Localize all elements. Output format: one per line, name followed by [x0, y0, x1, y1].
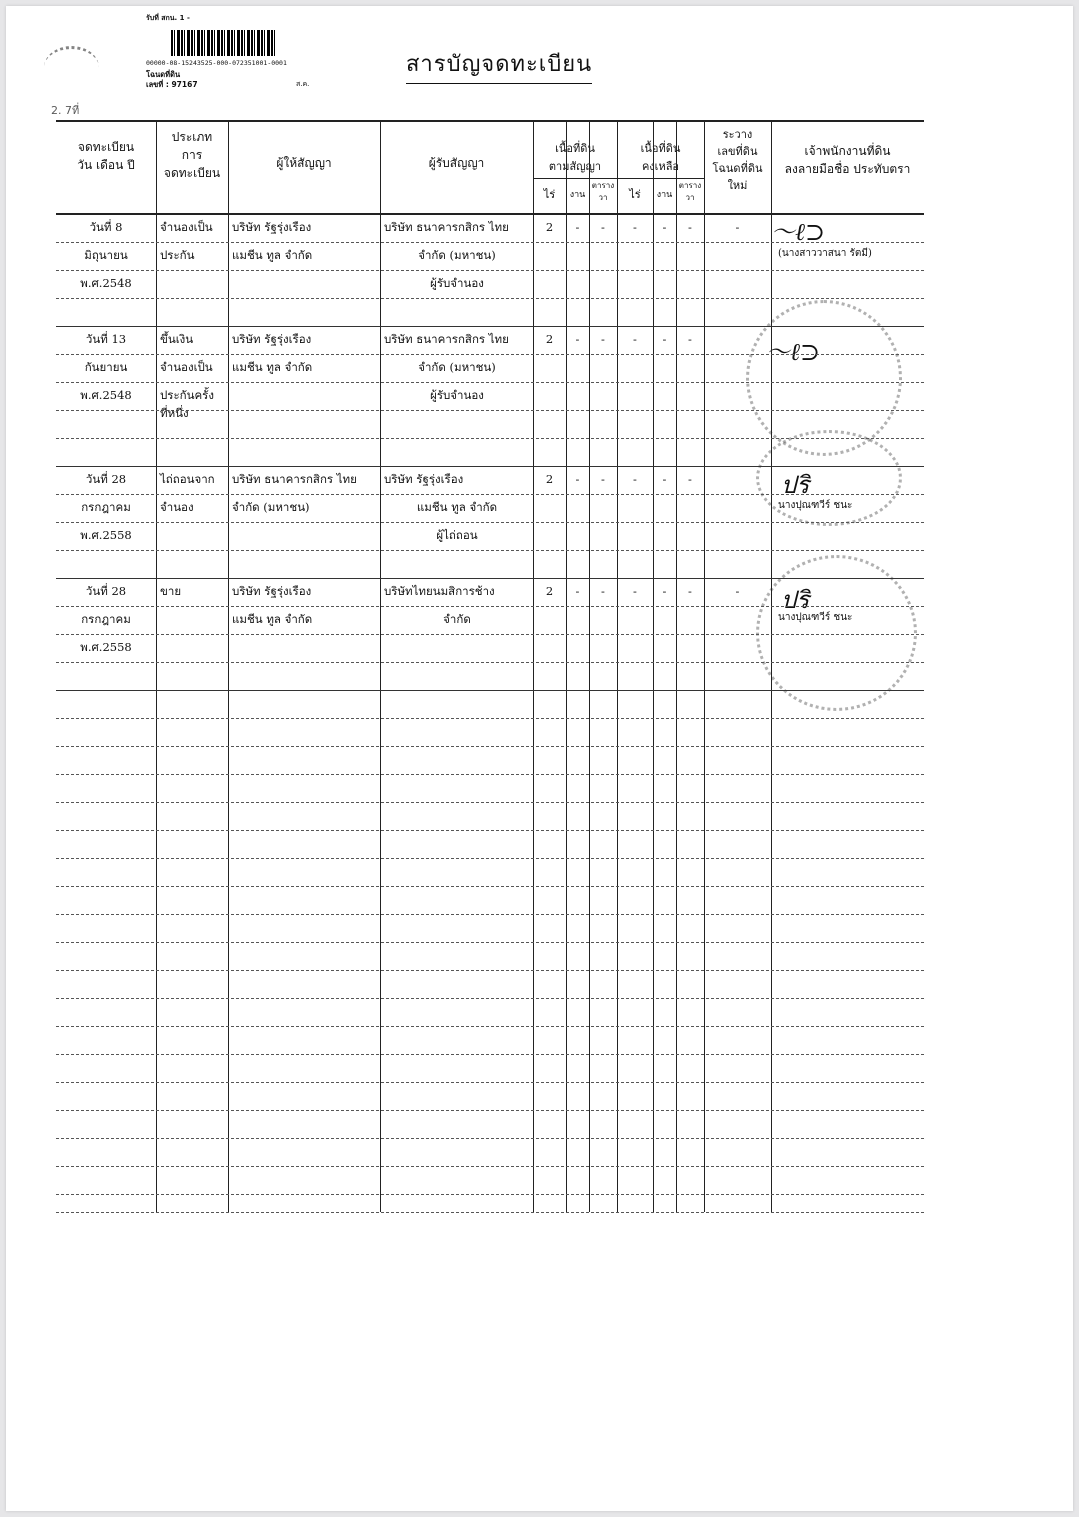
ruled-row-line	[56, 746, 924, 747]
ruled-row-line	[56, 522, 924, 523]
header-grantor: ผู้ให้สัญญา	[228, 154, 380, 172]
entry-date: พ.ศ.2548	[60, 276, 152, 290]
entry-type: จำนองเป็น	[160, 360, 226, 374]
entry-grantee: บริษัท ธนาคารกสิกร ไทย	[384, 332, 530, 346]
registration-table: จดทะเบียน วัน เดือน ปี ประเภท การ จดทะเบ…	[56, 120, 924, 1212]
column-rule	[676, 120, 677, 1212]
entry-type: ประกันครั้ง	[160, 388, 226, 402]
corner-note: 2. 7ที่	[51, 101, 79, 119]
header-grantee: ผู้รับสัญญา	[380, 154, 533, 172]
entry-grantor: แมชีน ทูล จำกัด	[232, 612, 378, 626]
header-date-line1: จดทะเบียน	[56, 138, 156, 156]
entry-date: พ.ศ.2558	[60, 528, 152, 542]
entry-officer-name: นางปุณฑวีร์ ชนะ	[778, 610, 852, 625]
entry-type: จำนองเป็น	[160, 220, 226, 234]
header-area-contract: เนื้อที่ดิน ตามสัญญา	[533, 140, 617, 176]
column-rule	[380, 120, 381, 1212]
entry-area-remaining: -	[617, 472, 653, 486]
entry-date: กันยายน	[60, 360, 152, 374]
barcode	[171, 30, 276, 56]
ruled-row-line	[56, 438, 924, 439]
column-rule	[653, 120, 654, 1212]
unit-ngan-remaining: งาน	[653, 186, 676, 204]
entry-grantor: บริษัท รัฐรุ่งเรือง	[232, 584, 378, 598]
ruled-row-line	[56, 914, 924, 915]
header-area-contract-line2: ตามสัญญา	[533, 158, 617, 176]
column-rule	[228, 120, 229, 1212]
header-type-line2: การ	[156, 146, 228, 164]
entry-date: วันที่ 8	[60, 220, 152, 234]
entry-date: พ.ศ.2558	[60, 640, 152, 654]
document-page: รับที่ สกน. 1 - 00000-08-15243525-000-07…	[6, 6, 1073, 1511]
entry-area-remaining: -	[653, 332, 676, 346]
entry-area-contract: -	[566, 584, 589, 598]
header-new-deed-line4: ใหม่	[704, 177, 771, 194]
entry-area-contract: -	[589, 472, 617, 486]
entry-grantee: จำกัด (มหาชน)	[384, 248, 530, 262]
entry-area-remaining: -	[676, 332, 704, 346]
entry-grantee: จำกัด (มหาชน)	[384, 360, 530, 374]
entry-new-deed: -	[704, 584, 771, 598]
entry-grantor: แมชีน ทูล จำกัด	[232, 360, 378, 374]
ruled-row-line	[56, 718, 924, 719]
ruled-row-line	[56, 242, 924, 243]
ruled-row-line	[56, 578, 924, 579]
ruled-row-line	[56, 942, 924, 943]
entry-officer-name: (นางสาววาสนา รัตมี)	[778, 246, 872, 261]
entry-date: กรกฎาคม	[60, 500, 152, 514]
column-rule	[533, 120, 534, 1212]
column-rule	[704, 120, 705, 1212]
ruled-row-line	[56, 690, 924, 691]
header-date: จดทะเบียน วัน เดือน ปี	[56, 138, 156, 174]
ruled-row-line	[56, 270, 924, 271]
entry-date: มิถุนายน	[60, 248, 152, 262]
header-new-deed-line1: ระวาง	[704, 126, 771, 143]
entry-date: วันที่ 28	[60, 584, 152, 598]
header-officer-line2: ลงลายมือชื่อ ประทับตรา	[771, 160, 924, 178]
ruled-row-line	[56, 326, 924, 327]
barcode-number: 00000-08-15243525-000-072351001-0001	[146, 59, 287, 67]
entry-grantor: แมชีน ทูล จำกัด	[232, 248, 378, 262]
corner-stamp-mark	[44, 46, 99, 89]
ruled-row-line	[56, 774, 924, 775]
ruled-row-line	[56, 298, 924, 299]
receipt-label: รับที่ สกน. 1 -	[146, 13, 190, 24]
entry-new-deed: -	[704, 220, 771, 234]
column-rule	[771, 120, 772, 1212]
ruled-row-line	[56, 1166, 924, 1167]
table-top-rule	[56, 120, 924, 122]
ruled-row-line	[56, 1026, 924, 1027]
header-new-deed-line2: เลขที่ดิน	[704, 143, 771, 160]
ruled-row-line	[56, 1194, 924, 1195]
entry-area-contract: 2	[533, 472, 566, 486]
entry-grantee: ผู้รับจำนอง	[384, 388, 530, 402]
entry-grantee: แมชีน ทูล จำกัด	[384, 500, 530, 514]
header-area-contract-line1: เนื้อที่ดิน	[533, 140, 617, 158]
unit-wa: ตารางวา	[589, 180, 617, 204]
header-date-line2: วัน เดือน ปี	[56, 156, 156, 174]
entry-grantee: ผู้ไถ่ถอน	[384, 528, 530, 542]
entry-grantor: บริษัท รัฐรุ่งเรือง	[232, 220, 378, 234]
entry-type: ขาย	[160, 584, 226, 598]
entry-area-remaining: -	[676, 472, 704, 486]
entry-area-remaining: -	[653, 584, 676, 598]
unit-rai-remaining: ไร่	[617, 186, 653, 204]
entry-area-contract: -	[566, 472, 589, 486]
entry-date: วันที่ 13	[60, 332, 152, 346]
table-bottom-rule	[56, 1212, 924, 1213]
entry-date: พ.ศ.2548	[60, 388, 152, 402]
entry-grantee: ผู้รับจำนอง	[384, 276, 530, 290]
header-officer-line1: เจ้าพนักงานที่ดิน	[771, 142, 924, 160]
entry-area-remaining: -	[617, 220, 653, 234]
entry-area-contract: -	[589, 220, 617, 234]
ruled-row-line	[56, 1110, 924, 1111]
column-rule	[617, 120, 618, 1212]
header-officer: เจ้าพนักงานที่ดิน ลงลายมือชื่อ ประทับตรา	[771, 142, 924, 178]
entry-area-contract: -	[566, 332, 589, 346]
ruled-row-line	[56, 970, 924, 971]
entry-area-contract: 2	[533, 220, 566, 234]
header-area-remaining-line2: คงเหลือ	[617, 158, 704, 176]
ruled-row-line	[56, 634, 924, 635]
entry-grantor: บริษัท รัฐรุ่งเรือง	[232, 332, 378, 346]
entry-grantee: บริษัท รัฐรุ่งเรือง	[384, 472, 530, 486]
ruled-row-line	[56, 1138, 924, 1139]
header-new-deed-line3: โฉนดที่ดิน	[704, 160, 771, 177]
ruled-row-line	[56, 382, 924, 383]
column-rule	[156, 120, 157, 1212]
unit-ngan: งาน	[566, 186, 589, 204]
entry-area-remaining: -	[676, 220, 704, 234]
entry-area-contract: -	[566, 220, 589, 234]
ruled-row-line	[56, 998, 924, 999]
ruled-row-line	[56, 830, 924, 831]
ruled-row-line	[56, 354, 924, 355]
ruled-row-line	[56, 886, 924, 887]
column-rule	[566, 120, 567, 1212]
entry-type: ที่หนึ่ง	[160, 406, 226, 420]
entry-type: จำนอง	[160, 500, 226, 514]
ruled-row-line	[56, 494, 924, 495]
entry-area-remaining: -	[653, 220, 676, 234]
entry-grantee: บริษัท ธนาคารกสิกร ไทย	[384, 220, 530, 234]
unit-rai: ไร่	[533, 186, 566, 204]
entry-grantee: บริษัทไทยนมสิการช้าง	[384, 584, 530, 598]
header-new-deed: ระวาง เลขที่ดิน โฉนดที่ดิน ใหม่	[704, 126, 771, 194]
ruled-row-line	[56, 802, 924, 803]
header-type: ประเภท การ จดทะเบียน	[156, 128, 228, 182]
ruled-row-line	[56, 606, 924, 607]
entry-type: ขึ้นเงิน	[160, 332, 226, 346]
header-area-remaining: เนื้อที่ดิน คงเหลือ	[617, 140, 704, 176]
header-area-remaining-line1: เนื้อที่ดิน	[617, 140, 704, 158]
column-rule	[589, 120, 590, 1212]
ruled-row-line	[56, 1082, 924, 1083]
ruled-row-line	[56, 550, 924, 551]
deed-number: เลขที่ : 97167	[146, 79, 198, 91]
ruled-row-line	[56, 1054, 924, 1055]
entry-area-contract: 2	[533, 332, 566, 346]
header-type-line1: ประเภท	[156, 128, 228, 146]
ruled-row-line	[56, 466, 924, 467]
entry-area-contract: -	[589, 332, 617, 346]
entry-grantee: จำกัด	[384, 612, 530, 626]
entry-type: ไถ่ถอนจาก	[160, 472, 226, 486]
entry-area-contract: -	[589, 584, 617, 598]
deed-suffix: ส.ค.	[296, 79, 309, 90]
ruled-row-line	[56, 858, 924, 859]
entry-type: ประกัน	[160, 248, 226, 262]
entry-grantor: บริษัท ธนาคารกสิกร ไทย	[232, 472, 378, 486]
header-type-line3: จดทะเบียน	[156, 164, 228, 182]
entry-area-remaining: -	[676, 584, 704, 598]
page-title: สารบัญจดทะเบียน	[406, 46, 592, 84]
entry-area-remaining: -	[617, 332, 653, 346]
ruled-row-line	[56, 662, 924, 663]
unit-wa-remaining: ตารางวา	[676, 180, 704, 204]
entry-officer-name: นางปุณฑวีร์ ชนะ	[778, 498, 852, 513]
entry-area-remaining: -	[617, 584, 653, 598]
subheader-rule	[533, 178, 704, 179]
entry-grantor: จำกัด (มหาชน)	[232, 500, 378, 514]
header-bottom-rule	[56, 213, 924, 215]
entry-date: กรกฎาคม	[60, 612, 152, 626]
entry-date: วันที่ 28	[60, 472, 152, 486]
entry-area-contract: 2	[533, 584, 566, 598]
entry-area-remaining: -	[653, 472, 676, 486]
